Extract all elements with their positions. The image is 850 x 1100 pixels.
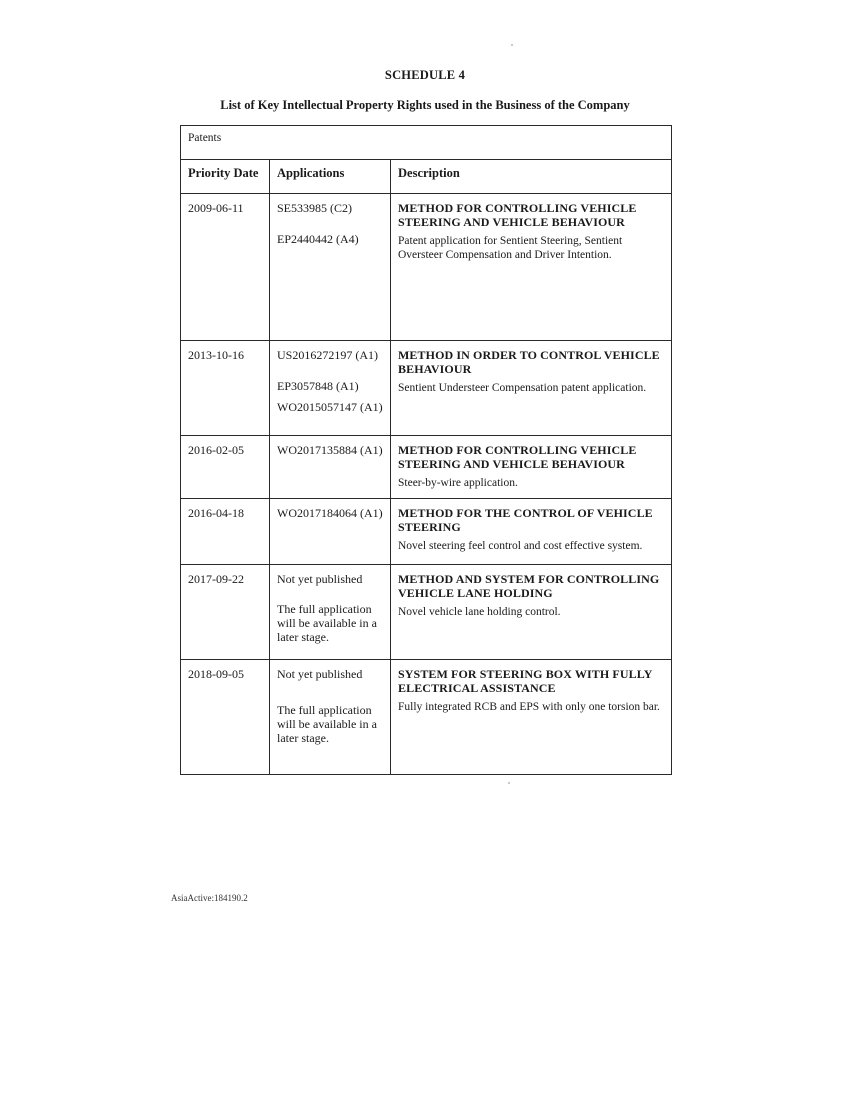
column-header-description: Description	[391, 160, 672, 194]
applications-cell: WO2017184064 (A1)	[270, 499, 391, 565]
application-number: Not yet published	[277, 572, 383, 586]
patent-description: Fully integrated RCB and EPS with only o…	[398, 700, 664, 714]
patent-title: METHOD FOR THE CONTROL OF VEHICLE STEERI…	[398, 506, 664, 534]
scan-artifact	[508, 782, 510, 784]
table-row: 2018-09-05 Not yet published The full ap…	[181, 660, 672, 775]
patent-description: Novel vehicle lane holding control.	[398, 605, 664, 619]
application-number: WO2017135884 (A1)	[277, 443, 383, 457]
description-cell: METHOD FOR CONTROLLING VEHICLE STEERING …	[391, 194, 672, 341]
priority-date-cell: 2017-09-22	[181, 565, 270, 660]
application-number: Not yet published	[277, 667, 383, 681]
applications-cell: Not yet published The full application w…	[270, 565, 391, 660]
application-number: WO2015057147 (A1)	[277, 400, 383, 414]
table-row: 2009-06-11 SE533985 (C2) EP2440442 (A4) …	[181, 194, 672, 341]
section-label: Patents	[181, 126, 672, 160]
patent-title: METHOD FOR CONTROLLING VEHICLE STEERING …	[398, 443, 664, 471]
priority-date-cell: 2013-10-16	[181, 341, 270, 436]
applications-cell: WO2017135884 (A1)	[270, 436, 391, 499]
schedule-title: SCHEDULE 4	[0, 68, 850, 83]
patent-description: Novel steering feel control and cost eff…	[398, 539, 664, 553]
description-cell: SYSTEM FOR STEERING BOX WITH FULLY ELECT…	[391, 660, 672, 775]
patent-description: Steer-by-wire application.	[398, 476, 664, 490]
schedule-subtitle: List of Key Intellectual Property Rights…	[175, 98, 675, 113]
patent-title: SYSTEM FOR STEERING BOX WITH FULLY ELECT…	[398, 667, 664, 695]
patent-title: METHOD AND SYSTEM FOR CONTROLLING VEHICL…	[398, 572, 664, 600]
patent-title: METHOD IN ORDER TO CONTROL VEHICLE BEHAV…	[398, 348, 664, 376]
priority-date-cell: 2018-09-05	[181, 660, 270, 775]
table-row: 2016-02-05 WO2017135884 (A1) METHOD FOR …	[181, 436, 672, 499]
ip-rights-table: Patents Priority Date Applications Descr…	[180, 125, 672, 775]
table-row: 2016-04-18 WO2017184064 (A1) METHOD FOR …	[181, 499, 672, 565]
column-header-row: Priority Date Applications Description	[181, 160, 672, 194]
applications-cell: Not yet published The full application w…	[270, 660, 391, 775]
table-row: 2017-09-22 Not yet published The full ap…	[181, 565, 672, 660]
patent-description: Sentient Understeer Compensation patent …	[398, 381, 664, 395]
description-cell: METHOD AND SYSTEM FOR CONTROLLING VEHICL…	[391, 565, 672, 660]
description-cell: METHOD FOR CONTROLLING VEHICLE STEERING …	[391, 436, 672, 499]
patent-title: METHOD FOR CONTROLLING VEHICLE STEERING …	[398, 201, 664, 229]
priority-date-cell: 2016-02-05	[181, 436, 270, 499]
application-number: EP3057848 (A1)	[277, 379, 383, 393]
table-row: 2013-10-16 US2016272197 (A1) EP3057848 (…	[181, 341, 672, 436]
patent-description: Patent application for Sentient Steering…	[398, 234, 664, 262]
application-number: US2016272197 (A1)	[277, 348, 383, 362]
description-cell: METHOD FOR THE CONTROL OF VEHICLE STEERI…	[391, 499, 672, 565]
applications-cell: SE533985 (C2) EP2440442 (A4)	[270, 194, 391, 341]
priority-date-cell: 2009-06-11	[181, 194, 270, 341]
scan-artifact	[511, 44, 513, 46]
description-cell: METHOD IN ORDER TO CONTROL VEHICLE BEHAV…	[391, 341, 672, 436]
priority-date-cell: 2016-04-18	[181, 499, 270, 565]
column-header-priority-date: Priority Date	[181, 160, 270, 194]
column-header-applications: Applications	[270, 160, 391, 194]
application-number: WO2017184064 (A1)	[277, 506, 383, 520]
application-number: EP2440442 (A4)	[277, 232, 383, 246]
application-number: SE533985 (C2)	[277, 201, 383, 215]
applications-cell: US2016272197 (A1) EP3057848 (A1) WO20150…	[270, 341, 391, 436]
availability-note: The full application will be available i…	[277, 602, 383, 644]
availability-note: The full application will be available i…	[277, 703, 383, 745]
section-header-row: Patents	[181, 126, 672, 160]
document-reference: AsiaActive:184190.2	[171, 893, 248, 903]
